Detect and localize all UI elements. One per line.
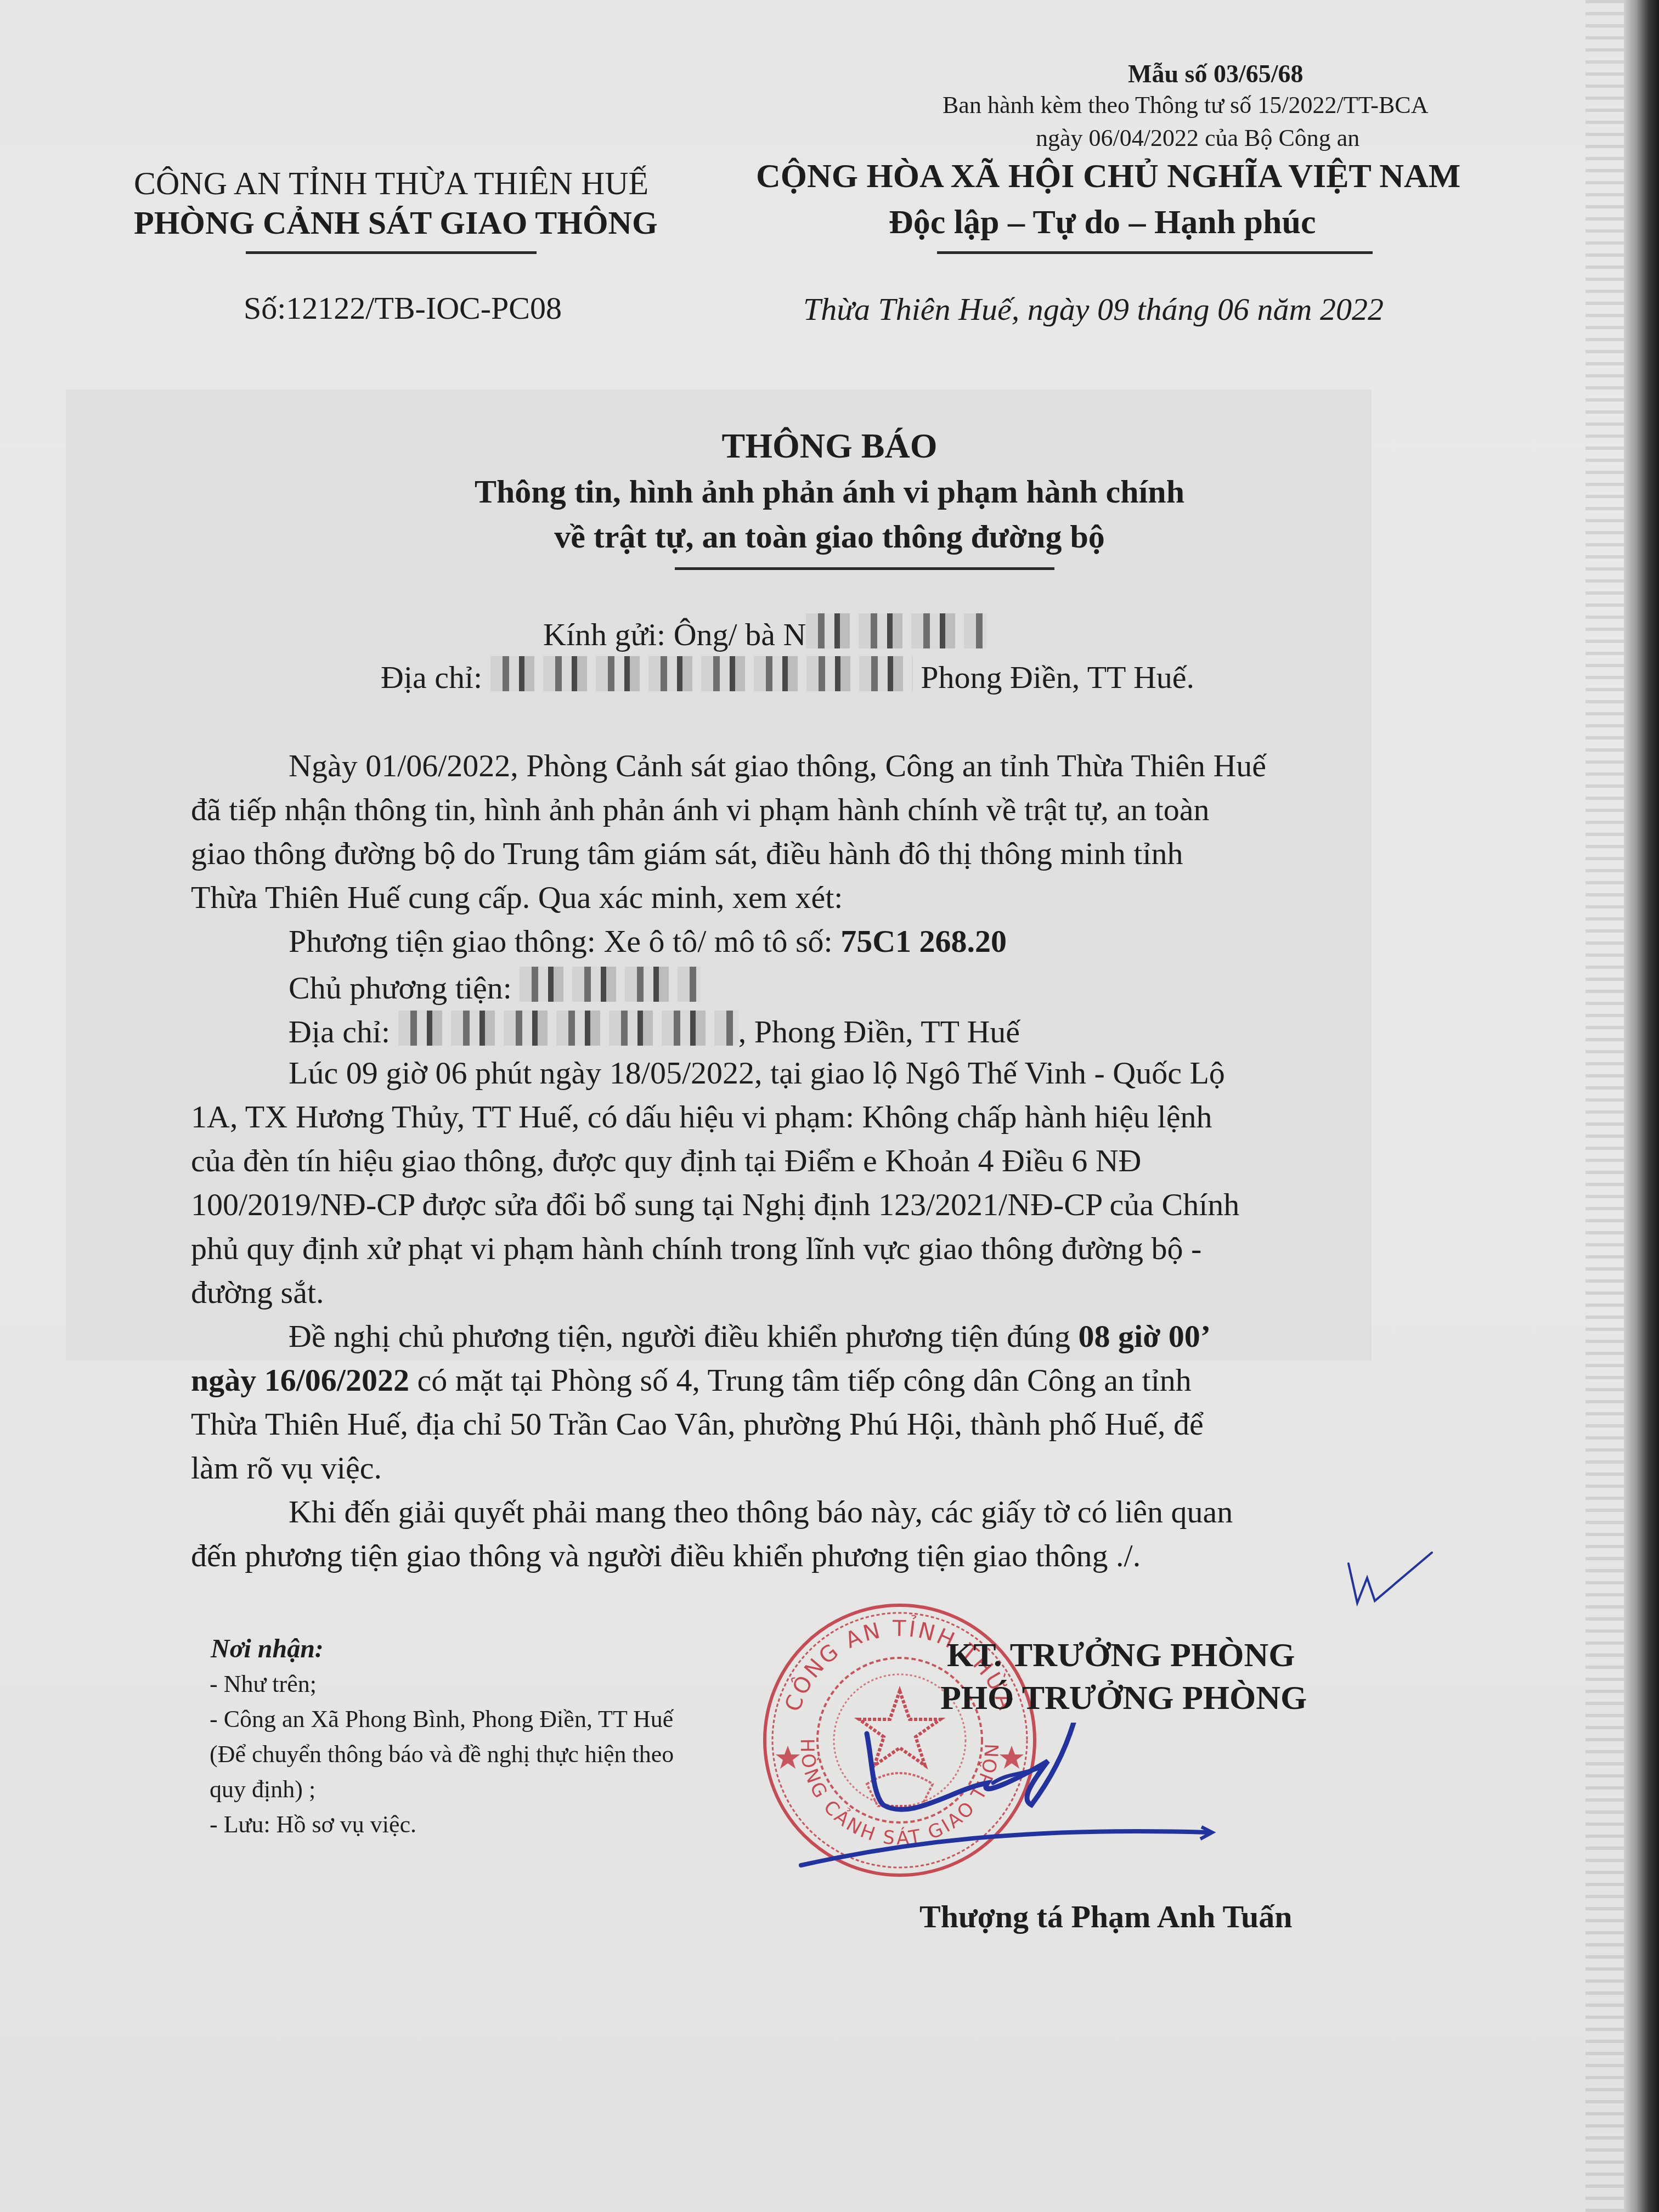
- handwritten-signature-icon: [790, 1723, 1229, 1909]
- addressee-address-line: Địa chỉ: Phong Điền, TT Huế.: [381, 656, 1194, 696]
- agency-name: PHÒNG CẢNH SÁT GIAO THÔNG: [134, 204, 658, 242]
- body-line: Thừa Thiên Huế cung cấp. Qua xác minh, x…: [191, 879, 843, 916]
- owner-address-label: Địa chỉ:: [289, 1014, 390, 1049]
- form-number: Mẫu số 03/65/68: [1128, 59, 1303, 88]
- document-subtitle-2: về trật tự, an toàn giao thông đường bộ: [0, 518, 1659, 556]
- document-number: Số:12122/TB-IOC-PC08: [244, 290, 562, 326]
- body-line: phủ quy định xử phạt vi phạm hành chính …: [191, 1230, 1201, 1267]
- summons-line: Đề nghị chủ phương tiện, người điều khiể…: [289, 1318, 1211, 1355]
- agency-underline: [246, 251, 537, 254]
- address-label: Địa chỉ:: [381, 659, 482, 695]
- summons-text: có mặt tại Phòng số 4, Trung tâm tiếp cô…: [409, 1362, 1192, 1398]
- addressee-line: Kính gửi: Ông/ bà N: [543, 613, 987, 653]
- owner-label: Chủ phương tiện:: [289, 970, 512, 1006]
- signature-title-2: PHÓ TRƯỞNG PHÒNG: [940, 1679, 1307, 1718]
- redacted-address: [490, 656, 913, 691]
- owner-address-line: Địa chỉ: , Phong Điền, TT Huế: [289, 1011, 1020, 1050]
- paper-edge-shadow: [1585, 0, 1624, 2212]
- recipient-item: quy định) ;: [210, 1775, 315, 1803]
- form-issued-by: Ban hành kèm theo Thông tư số 15/2022/TT…: [943, 91, 1428, 119]
- place-date: Thừa Thiên Huế, ngày 09 tháng 06 năm 202…: [803, 291, 1384, 328]
- summons-text: Đề nghị chủ phương tiện, người điều khiể…: [289, 1318, 1079, 1354]
- body-line: đã tiếp nhận thông tin, hình ảnh phản án…: [191, 791, 1209, 828]
- owner-address-suffix: , Phong Điền, TT Huế: [738, 1014, 1020, 1049]
- paper-edge: [1624, 0, 1659, 2212]
- title-underline: [675, 567, 1054, 570]
- recipients-heading: Nơi nhận:: [211, 1634, 324, 1664]
- signature-title-1: KT. TRƯỞNG PHÒNG: [947, 1636, 1295, 1675]
- body-line: Khi đến giải quyết phải mang theo thông …: [289, 1493, 1233, 1530]
- license-plate: 75C1 268.20: [840, 923, 1007, 959]
- body-line: 100/2019/NĐ-CP được sửa đổi bổ sung tại …: [191, 1186, 1239, 1223]
- body-line: đến phương tiện giao thông và người điều…: [191, 1537, 1141, 1574]
- motto-underline: [937, 251, 1373, 254]
- recipient-item: - Như trên;: [210, 1670, 317, 1698]
- summons-time: 08 giờ 00’: [1079, 1318, 1211, 1354]
- agency-parent: CÔNG AN TỈNH THỪA THIÊN HUẾ: [134, 165, 648, 202]
- body-line: 1A, TX Hương Thủy, TT Huế, có dấu hiệu v…: [191, 1098, 1212, 1135]
- recipient-item: - Công an Xã Phong Bình, Phong Điền, TT …: [210, 1705, 673, 1733]
- recipient-item: (Để chuyển thông báo và đề nghị thực hiệ…: [210, 1740, 674, 1768]
- body-line: giao thông đường bộ do Trung tâm giám sá…: [191, 835, 1183, 872]
- vehicle-line: Phương tiện giao thông: Xe ô tô/ mô tô s…: [289, 923, 1007, 960]
- initial-tick-mark: [1339, 1542, 1437, 1607]
- form-issued-date: ngày 06/04/2022 của Bộ Công an: [1036, 124, 1359, 152]
- national-motto: Độc lập – Tự do – Hạnh phúc: [889, 203, 1316, 242]
- recipient-item: - Lưu: Hồ sơ vụ việc.: [210, 1810, 416, 1838]
- body-line: Thừa Thiên Huế, địa chỉ 50 Trần Cao Vân,…: [191, 1406, 1204, 1442]
- document-subtitle-1: Thông tin, hình ảnh phản ánh vi phạm hàn…: [0, 473, 1659, 511]
- body-line: Ngày 01/06/2022, Phòng Cảnh sát giao thô…: [289, 747, 1266, 784]
- nation-name: CỘNG HÒA XÃ HỘI CHỦ NGHĨA VIỆT NAM: [756, 157, 1460, 196]
- document-title: THÔNG BÁO: [0, 426, 1659, 466]
- body-line: Lúc 09 giờ 06 phút ngày 18/05/2022, tại …: [289, 1054, 1225, 1091]
- summons-date: ngày 16/06/2022: [191, 1362, 409, 1398]
- redacted-owner-address: [398, 1011, 738, 1046]
- summons-line: ngày 16/06/2022 có mặt tại Phòng số 4, T…: [191, 1362, 1192, 1398]
- body-line: đường sắt.: [191, 1274, 324, 1311]
- body-line: làm rõ vụ việc.: [191, 1449, 382, 1486]
- addressee-label: Kính gửi: Ông/ bà N: [543, 617, 806, 652]
- vehicle-label: Phương tiện giao thông: Xe ô tô/ mô tô s…: [289, 923, 840, 959]
- address-suffix: Phong Điền, TT Huế.: [921, 659, 1194, 695]
- redacted-name: [806, 613, 987, 648]
- owner-line: Chủ phương tiện:: [289, 967, 701, 1006]
- body-line: của đèn tín hiệu giao thông, được quy đị…: [191, 1142, 1141, 1179]
- signer-name: Thượng tá Phạm Anh Tuấn: [919, 1898, 1292, 1935]
- redacted-owner: [520, 967, 701, 1002]
